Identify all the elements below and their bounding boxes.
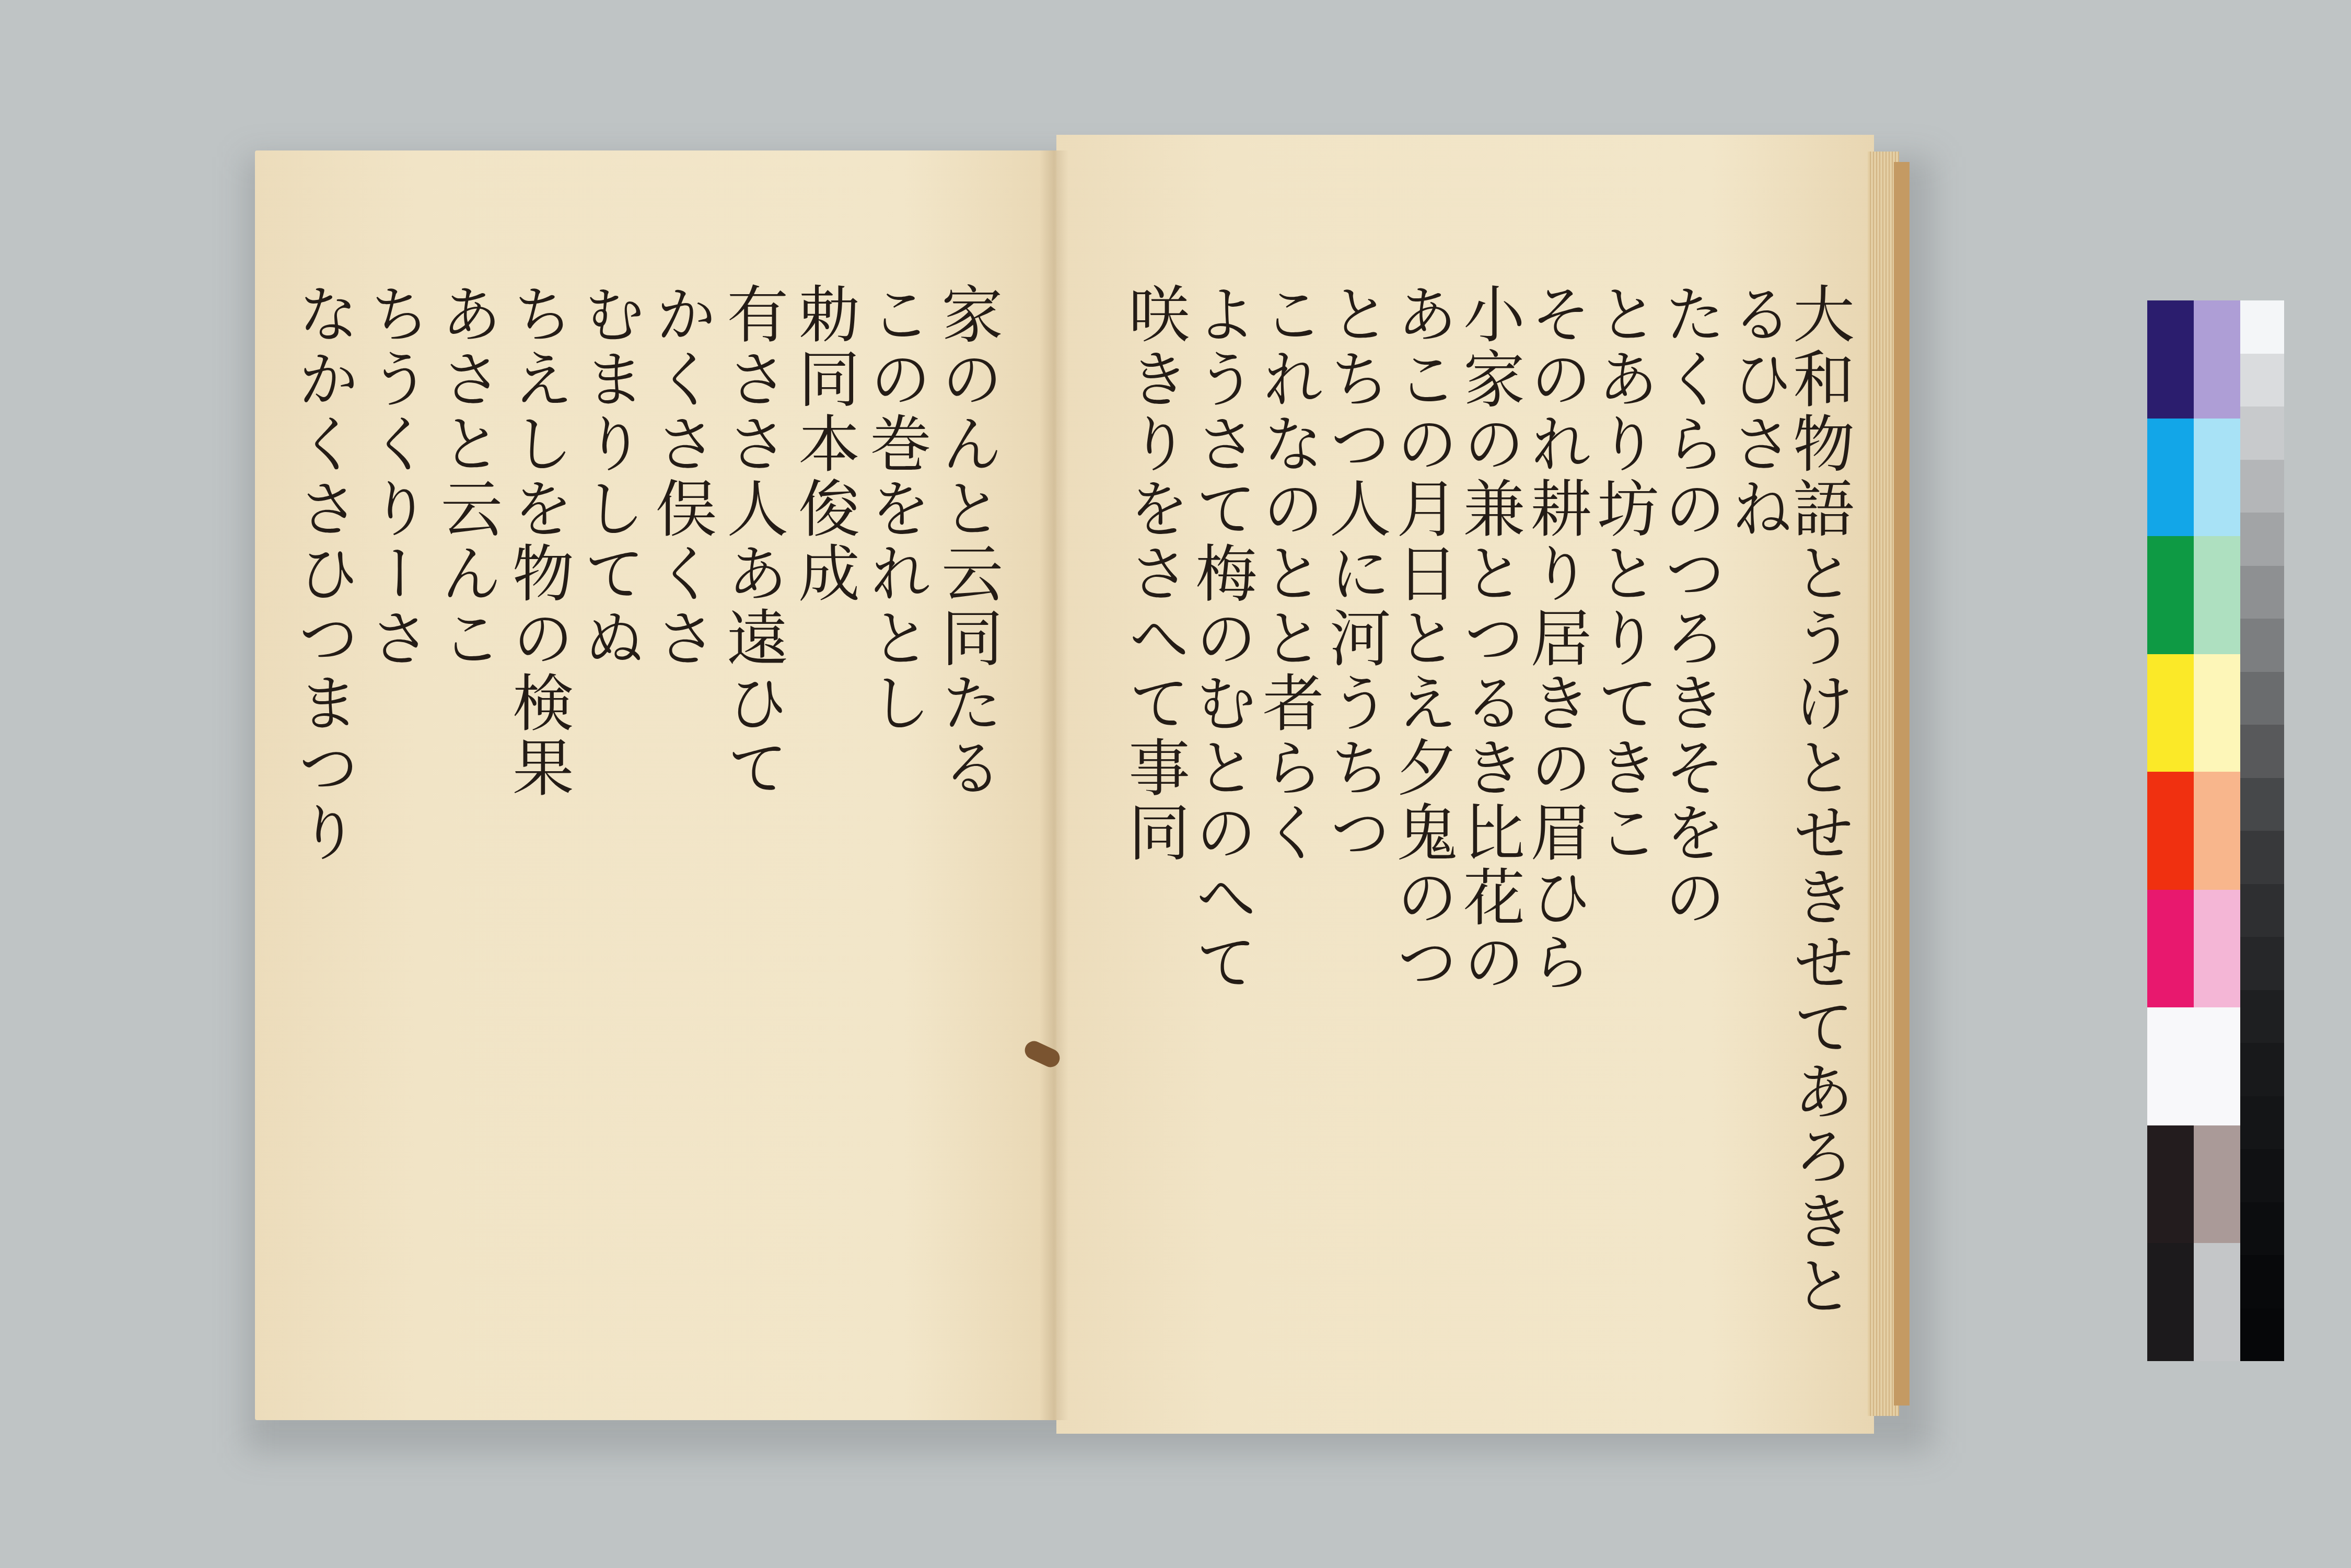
gutter [1040, 150, 1068, 1420]
text-column: とちつ人に河うちつ [1324, 282, 1386, 1327]
text-column: ようさて梅のむとのへて [1190, 282, 1252, 1327]
gray-step-swatch [2240, 990, 2284, 1043]
color-swatch [2147, 1243, 2194, 1361]
color-swatch [2194, 654, 2240, 772]
right-page-text: 大和物語とうけとせきせてあろきとるひさね たくらのつろきそをの とあり坊とりてき… [1123, 282, 1849, 1327]
gray-step-swatch [2240, 1255, 2284, 1308]
text-column: ちえしを物の検果 [507, 282, 569, 1327]
gray-step-swatch [2240, 937, 2284, 990]
text-column: そのれ耕り居きの眉ひら [1525, 282, 1587, 1327]
text-column: 勅同本俊成 [793, 282, 855, 1327]
text-column: とあり坊とりてきこ [1592, 282, 1654, 1327]
gray-step-swatch [2240, 1202, 2284, 1256]
text-column: 小家の兼とつるき比花の [1458, 282, 1520, 1327]
book-cover-edge [1894, 162, 1910, 1406]
color-swatch [2147, 1007, 2240, 1125]
text-column: これなのとと者らく [1257, 282, 1319, 1327]
gray-step-swatch [2240, 672, 2284, 725]
color-swatch [2194, 772, 2240, 890]
text-column: あこの月日とえ夕鬼のつ [1391, 282, 1453, 1327]
gray-step-swatch [2240, 300, 2284, 354]
text-column: この巻をれとし [865, 282, 926, 1327]
color-swatch [2194, 890, 2240, 1008]
gray-step-swatch [2240, 566, 2284, 619]
color-calibration-chart [2147, 300, 2284, 1361]
text-column: 咲きりをさへて事同 [1123, 282, 1185, 1327]
gray-step-swatch [2240, 884, 2284, 937]
color-swatch [2147, 1125, 2194, 1244]
text-column: 家のんと云同たる [936, 282, 998, 1327]
gray-step-swatch [2240, 831, 2284, 884]
text-column: かくさ俣くさ [650, 282, 712, 1327]
gray-step-swatch [2240, 1308, 2284, 1362]
gray-step-swatch [2240, 513, 2284, 566]
color-swatch [2194, 536, 2240, 654]
text-column: なかくさひつまつり [293, 282, 354, 1327]
text-column: あさと云んこ [436, 282, 497, 1327]
color-swatch [2194, 300, 2240, 419]
color-swatch [2194, 419, 2240, 537]
color-swatch [2147, 654, 2194, 772]
gray-step-swatch [2240, 725, 2284, 778]
color-swatch [2147, 772, 2194, 890]
color-swatch [2194, 1125, 2240, 1244]
left-page-text: 家のんと云同たる この巻をれとし 勅同本俊成 有ささ人あ遠ひて かくさ俣くさ む… [293, 282, 998, 1327]
color-swatch [2147, 890, 2194, 1008]
gray-step-swatch [2240, 460, 2284, 513]
text-column: 有ささ人あ遠ひて [721, 282, 783, 1327]
text-column: たくらのつろきそをの [1659, 282, 1721, 1327]
color-swatch [2194, 1243, 2240, 1361]
color-swatch [2147, 300, 2194, 419]
gray-step-swatch [2240, 1149, 2284, 1202]
gray-step-swatch [2240, 619, 2284, 672]
gray-step-swatch [2240, 406, 2284, 460]
gray-step-swatch [2240, 354, 2284, 407]
color-swatch [2147, 419, 2194, 537]
color-swatch [2147, 536, 2194, 654]
text-column: 大和物語とうけとせきせてあろきとるひさね [1726, 282, 1849, 1327]
gray-step-swatch [2240, 1096, 2284, 1149]
gray-step-swatch [2240, 778, 2284, 831]
text-column: ちうくりーさ [364, 282, 426, 1327]
gray-step-swatch [2240, 1043, 2284, 1096]
text-column: むまりしてぬ [579, 282, 641, 1327]
